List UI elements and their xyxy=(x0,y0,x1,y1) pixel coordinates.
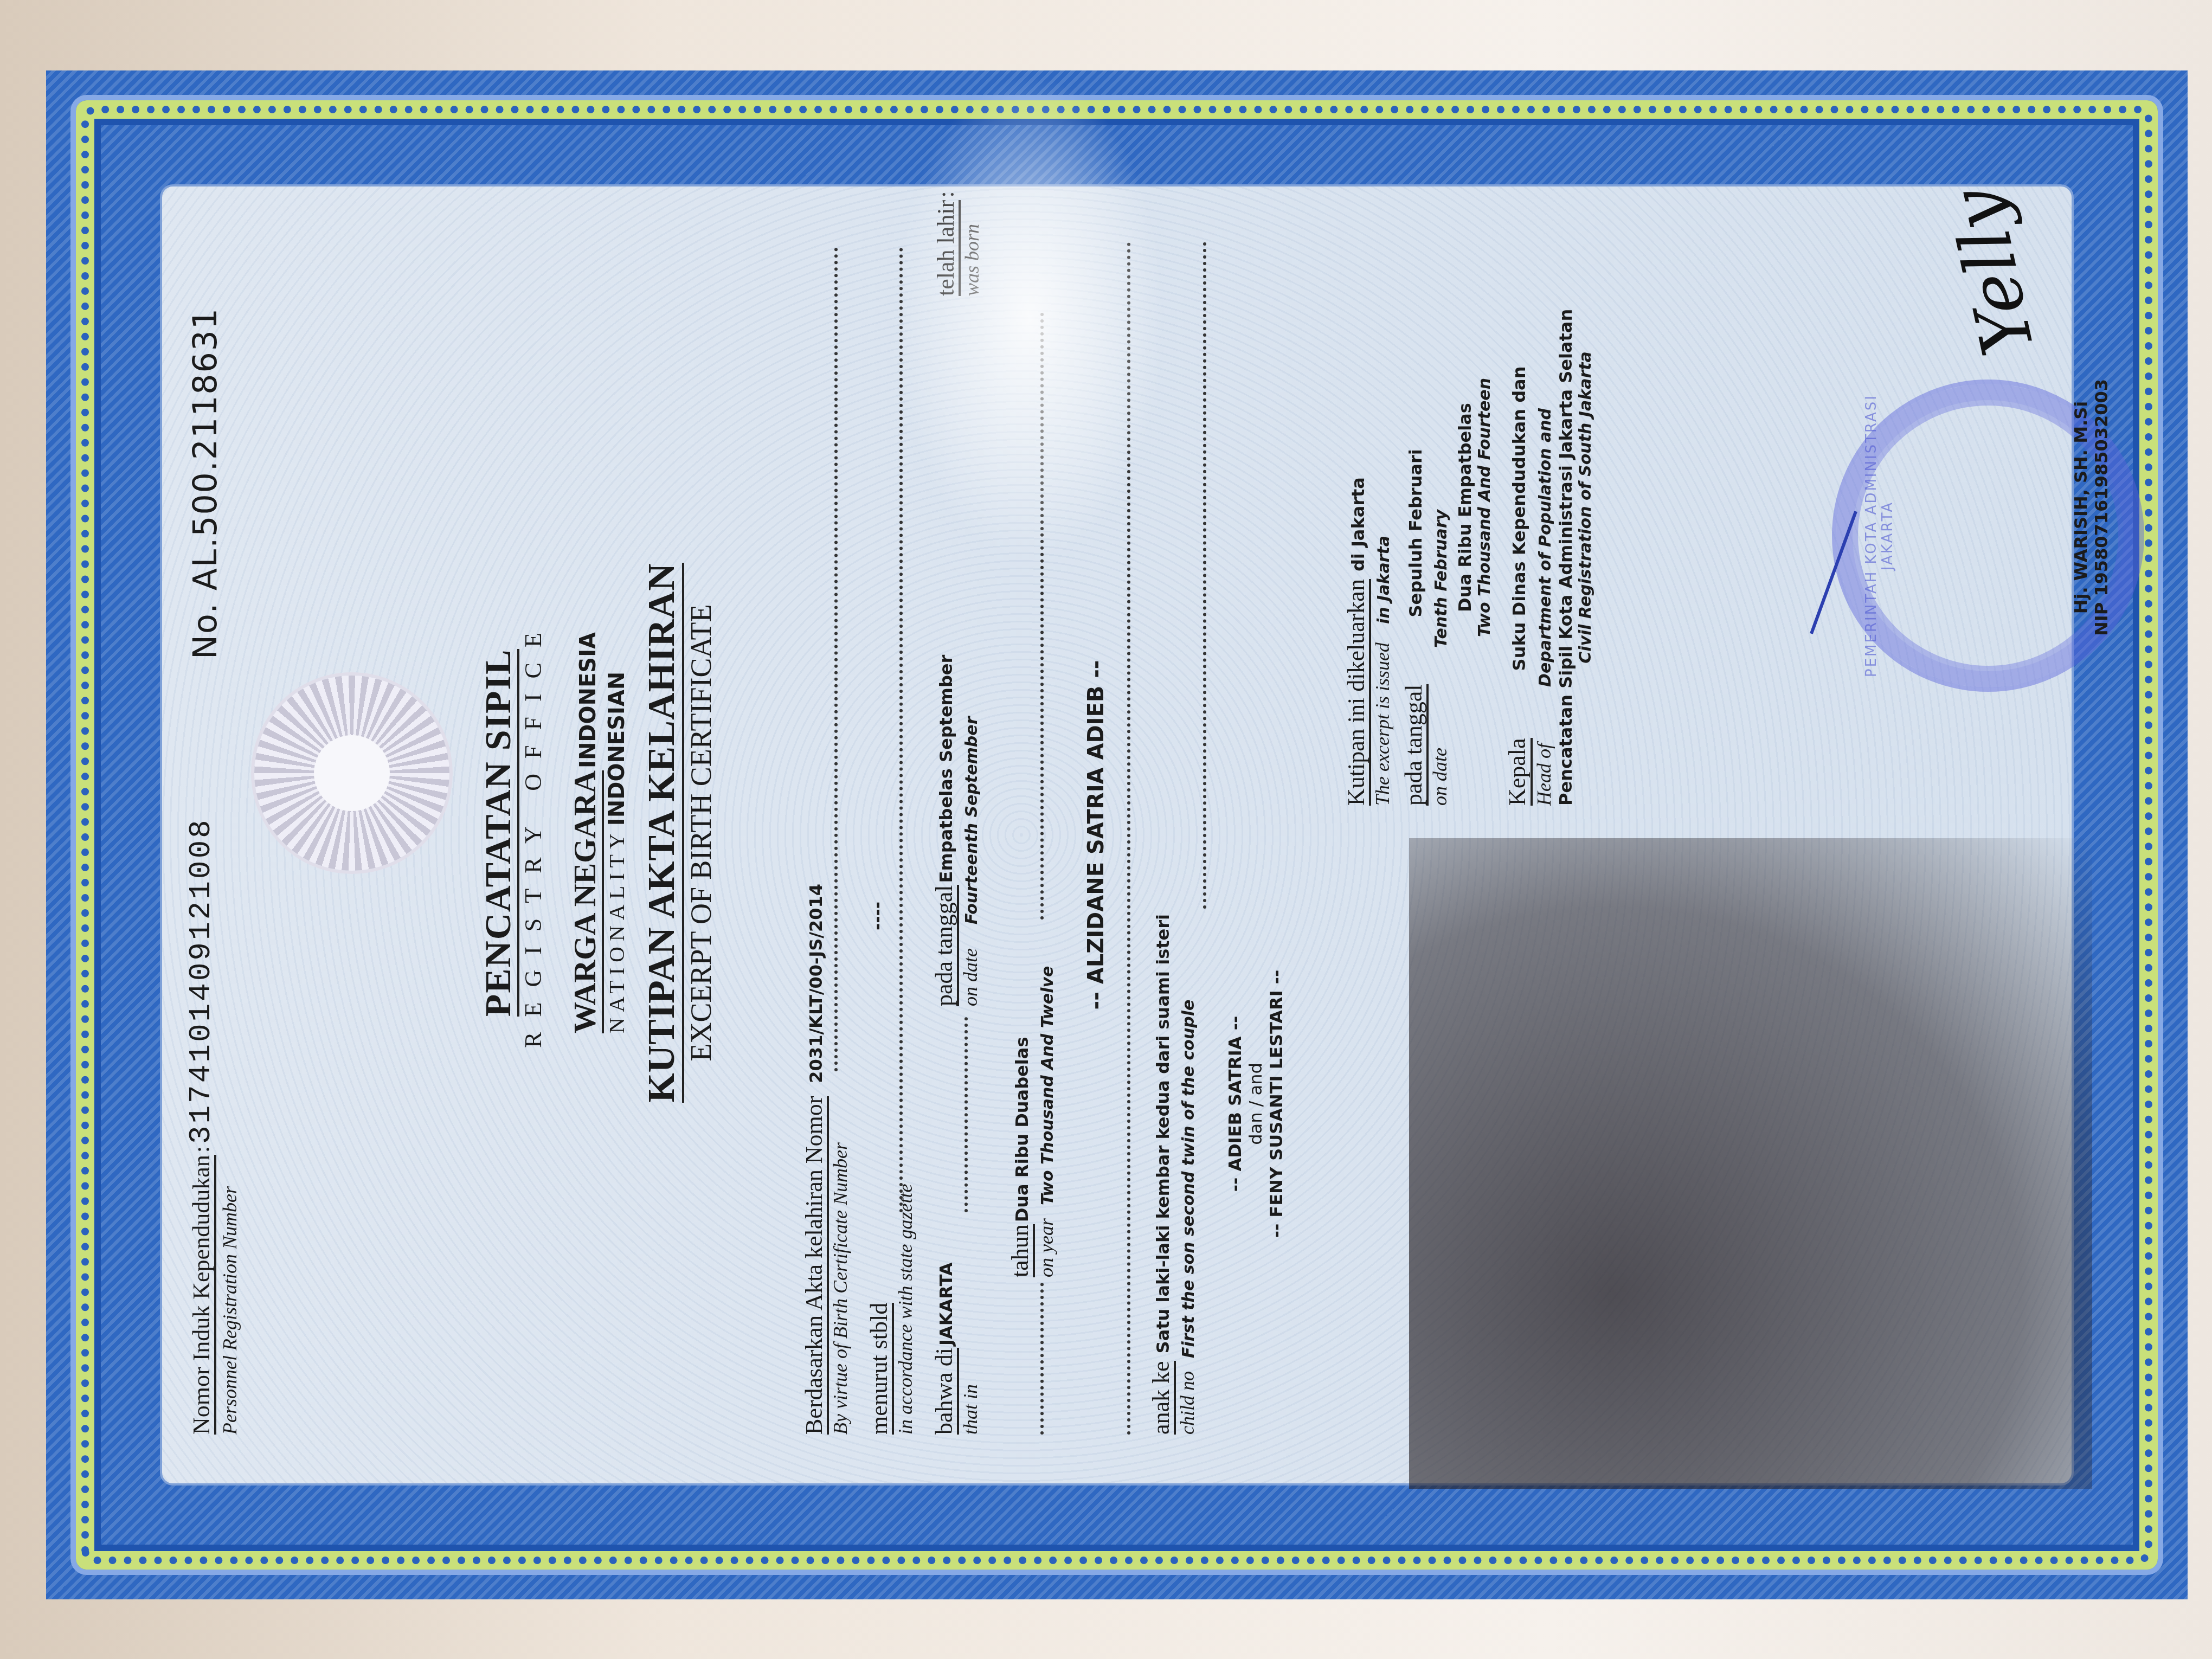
dotted-line xyxy=(1040,312,1044,919)
issued-label-en: The excerpt is issued xyxy=(1372,642,1393,806)
signatory-block: Hj. WARISIH, SH. M.Si NIP 19580716198503… xyxy=(2070,209,2112,806)
certificate-paper: Nomor Induk Kependudukan : 3174101409121… xyxy=(160,184,2074,1486)
issued-date-label-en: on date xyxy=(1429,748,1451,806)
father-name: -- ADIEB SATRIA -- xyxy=(1225,724,1245,1483)
child-no-value-en: First the son second twin of the couple xyxy=(1179,1000,1198,1358)
child-no-label: anak ke xyxy=(1149,1361,1176,1435)
issued-date-label: pada tanggal xyxy=(1401,684,1429,806)
stbld-label: menurut stbld xyxy=(867,1303,894,1435)
place-label: bahwa di xyxy=(932,1348,959,1435)
place-value: JAKARTA xyxy=(936,1262,956,1346)
issued-date-value-en: Tenth February xyxy=(1432,510,1451,648)
parents: -- ADIEB SATRIA -- dan / and -- FENY SUS… xyxy=(1225,724,1287,1483)
signatory-name: Hj. WARISIH, SH. M.Si xyxy=(2070,209,2091,806)
office-title-en: REGISTRY OFFICE xyxy=(519,507,547,1158)
cert-number-value: 2031/KLT/00-JS/2014 xyxy=(806,884,826,1083)
nationality-value: INDONESIAN xyxy=(605,672,629,826)
born-label-en: was born xyxy=(961,191,983,296)
hologram-seal-icon xyxy=(254,676,449,871)
cert-number-label: Berdasarkan Akta kelahiran Nomor xyxy=(802,1096,829,1435)
department: Suku Dinas Kependudukan dan xyxy=(1509,366,1529,671)
issued-label: Kutipan ini dikeluarkan xyxy=(1344,579,1371,806)
department-en: Department of Population and xyxy=(1536,408,1555,687)
stamp-text: PEMERINTAH KOTA ADMINISTRASI JAKARTA xyxy=(1863,384,1896,687)
signatory-nip: NIP 195807161985032003 xyxy=(2091,209,2112,806)
stbld-label-en: in accordance with state gazette xyxy=(894,1184,917,1435)
child-no-row: anak ke Satu laki-laki kembar kedua dari… xyxy=(1149,914,1199,1435)
year-value: Dua Ribu Duabelas xyxy=(1012,1037,1032,1223)
office-title: PENCATATAN SIPIL xyxy=(479,649,519,1017)
nationality-label: NATIONALITY xyxy=(605,828,629,1033)
child-no-label-en: child no xyxy=(1176,1371,1198,1435)
year-label-en: on year xyxy=(1036,1218,1057,1277)
child-name: -- ALZIDANE SATRIA ADIEB -- xyxy=(1084,187,1109,1483)
office-name-en: Civil Registration of South Jakarta xyxy=(1576,209,1595,806)
place-row: bahwa di JAKARTA that in xyxy=(932,1262,982,1435)
date-value-en: Fourteenth September xyxy=(962,717,981,924)
stbld-row: menurut stbld in accordance with state g… xyxy=(867,1184,917,1435)
dotted-line xyxy=(834,247,838,1071)
date-row: pada tanggal Empatbelas September on dat… xyxy=(932,655,982,1006)
dotted-line xyxy=(1040,1283,1044,1435)
cert-number-row: Berdasarkan Akta kelahiran Nomor 2031/KL… xyxy=(802,884,852,1435)
issued-year-value: Dua Ribu Empatbelas xyxy=(1455,209,1475,806)
issued-place-en: in Jakarta xyxy=(1374,536,1393,624)
year-row: tahun Dua Ribu Duabelas on year Two Thou… xyxy=(1008,966,1058,1277)
personnel-reg-value: 3174101409121008 xyxy=(184,818,218,1144)
child-no-value: Satu laki-laki kembar kedua dari suami i… xyxy=(1153,914,1173,1353)
citizen-value: INDONESIA xyxy=(576,632,601,768)
cert-number-label-en: By virtue of Birth Certificate Number xyxy=(829,884,852,1435)
born-label: telah lahir xyxy=(934,200,961,296)
document-title-en: EXCERPT OF BIRTH CERTIFICATE xyxy=(684,507,718,1158)
place-label-en: that in xyxy=(959,1262,982,1435)
mother-name: -- FENY SUSANTI LESTARI -- xyxy=(1266,724,1287,1483)
document-title: KUTIPAN AKTA KELAHIRAN xyxy=(642,563,684,1103)
certificate-frame: Nomor Induk Kependudukan : 3174101409121… xyxy=(46,70,2188,1599)
stbld-value: ---- xyxy=(867,902,888,930)
birth-certificate: Nomor Induk Kependudukan : 3174101409121… xyxy=(46,70,2188,1599)
personnel-reg-separator: : xyxy=(188,1146,215,1153)
dotted-line xyxy=(899,247,903,1212)
born-separator: : xyxy=(933,191,959,198)
issued-date-value: Sepuluh Februari xyxy=(1405,449,1426,617)
head-label: Kepala xyxy=(1505,738,1532,806)
hand-shadow xyxy=(1409,838,2092,1489)
header: PENCATATAN SIPIL REGISTRY OFFICE WARGA N… xyxy=(477,507,718,1158)
conjunction: dan / and xyxy=(1245,724,1266,1483)
issued-year-value-en: Two Thousand And Fourteen xyxy=(1475,209,1494,806)
issuance-block: Kutipan ini dikeluarkan di Jakarta The e… xyxy=(1344,209,1595,806)
citizen-label: WARGA NEGARA xyxy=(569,770,604,1033)
personnel-reg-label: Nomor Induk Kependudukan xyxy=(189,1155,216,1435)
date-label: pada tanggal xyxy=(932,885,959,1006)
dotted-line xyxy=(1203,242,1206,909)
head-label-en: Head of xyxy=(1533,743,1555,806)
personnel-registration: Nomor Induk Kependudukan : 3174101409121… xyxy=(184,818,241,1435)
office-name: Pencatatan Sipil Kota Administrasi Jakar… xyxy=(1555,209,1576,806)
year-value-en: Two Thousand And Twelve xyxy=(1038,966,1057,1205)
dotted-line xyxy=(1127,242,1130,1435)
born-row: telah lahir : was born xyxy=(932,191,983,296)
signature: Yelly xyxy=(1935,182,2050,363)
date-label-en: on date xyxy=(960,948,981,1006)
year-label: tahun xyxy=(1008,1224,1035,1277)
date-value: Empatbelas September xyxy=(936,655,956,883)
issued-place: di Jakarta xyxy=(1348,477,1368,571)
serial-number: No. AL.500.2118631 xyxy=(187,307,224,659)
personnel-reg-label-en: Personnel Registration Number xyxy=(218,818,241,1435)
dotted-line xyxy=(964,1017,968,1212)
